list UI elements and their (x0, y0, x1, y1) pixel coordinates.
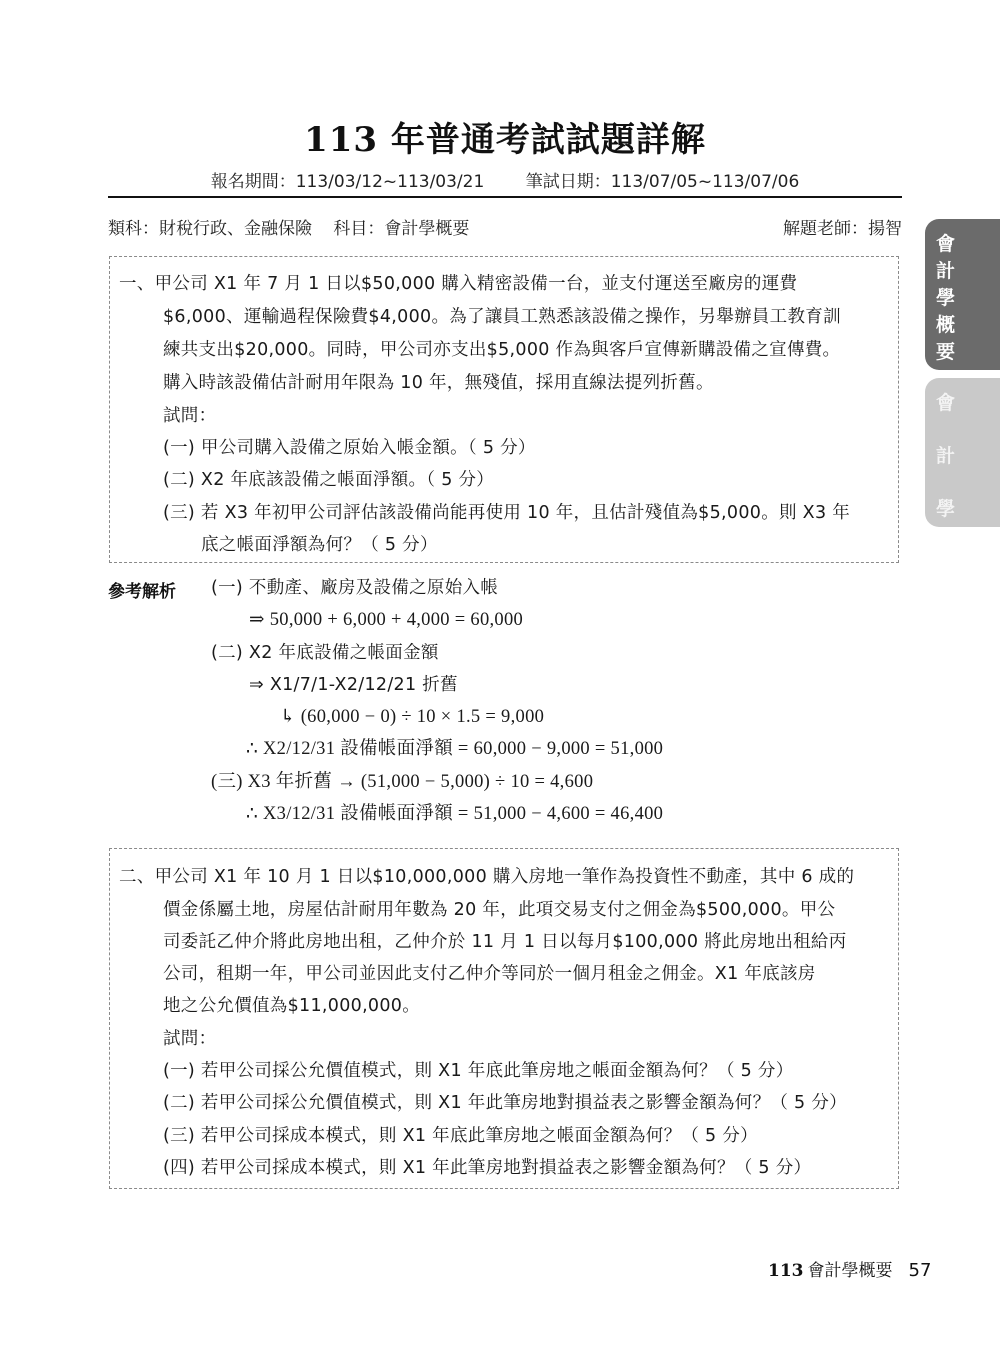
side-tab-char: 學 (936, 285, 955, 312)
question-1-item: (三) 若 X3 年初甲公司評估該設備尚能再使用 10 年，且估計殘值為$5,0… (163, 501, 850, 525)
side-tab-char: 要 (936, 339, 955, 366)
analysis-line: ⇒ X1/7/1-X2/12/21 折舊 (249, 673, 458, 697)
side-tab-char: 會 (936, 390, 955, 417)
page-title: 113 年普通考試試題詳解 (108, 112, 902, 161)
analysis-formula: ∴ X3/12/31 設備帳面淨額 = 51,000 − 4,600 = 46,… (246, 802, 663, 826)
side-tab-accounting[interactable]: 會 計 學 (925, 378, 1000, 527)
question-1-item: (二) X2 年底該設備之帳面淨額。（ 5 分） (163, 468, 494, 492)
written-exam-dates: 筆試日期：113/07/05~113/07/06 (526, 172, 800, 192)
question-1-item-continued: 底之帳面淨額為何？（ 5 分） (201, 533, 438, 557)
analysis-formula: (三) X3 年折舊 → (51,000 − 5,000) ÷ 10 = 4,6… (211, 770, 593, 794)
question-2-item: (二) 若甲公司採公允價值模式，則 X1 年此筆房地對損益表之影響金額為何？（ … (163, 1091, 847, 1115)
question-2-item: (一) 若甲公司採公允價值模式，則 X1 年底此筆房地之帳面金額為何？（ 5 分… (163, 1059, 794, 1083)
question-2-item: (四) 若甲公司採成本模式，則 X1 年此筆房地對損益表之影響金額為何？（ 5 … (163, 1156, 811, 1180)
question-2-text-line: 價金係屬土地，房屋估計耐用年數為 20 年，此項交易支付之佣金為$500,000… (163, 898, 835, 922)
analysis-formula: ⇒ 50,000 + 6,000 + 4,000 = 60,000 (249, 608, 523, 632)
question-2-text-line: 二、甲公司 X1 年 10 月 1 日以$10,000,000 購入房地一筆作為… (119, 865, 854, 889)
question-2-item: (三) 若甲公司採成本模式，則 X1 年底此筆房地之帳面金額為何？（ 5 分） (163, 1124, 758, 1148)
side-tab-char: 計 (936, 443, 955, 470)
footer-book-title: 會計學概要 (808, 1256, 893, 1281)
registration-period: 報名期間：113/03/12~113/03/21 (211, 172, 485, 192)
meta-left: 類科：財稅行政、金融保險 科目：會計學概要 (108, 214, 469, 239)
page-number: 57 (909, 1260, 932, 1281)
question-2-text-line: 地之公允價值為$11,000,000。 (163, 994, 420, 1018)
exam-category: 類科：財稅行政、金融保險 (108, 219, 312, 239)
question-1-text-line: 購入時該設備估計耐用年限為 10 年，無殘值，採用直線法提列折舊。 (163, 371, 714, 395)
side-tab-char: 會 (936, 231, 955, 258)
side-tab-char: 學 (936, 496, 955, 523)
exam-dates-row: 報名期間：113/03/12~113/03/21 筆試日期：113/07/05~… (108, 167, 902, 192)
side-tab-char: 概 (936, 312, 955, 339)
footer-book-number: 113 (768, 1261, 804, 1281)
question-1-text-line: $6,000、運輸過程保險費$4,000。為了讓員工熟悉該設備之操作，另舉辦員工… (163, 305, 841, 329)
exam-meta-row: 類科：財稅行政、金融保險 科目：會計學概要 解題老師：揚智 (108, 214, 902, 239)
side-tab-char: 計 (936, 258, 955, 285)
analysis-line: (一) 不動產、廠房及設備之原始入帳 (211, 576, 498, 600)
question-1-text-line: 練共支出$20,000。同時，甲公司亦支出$5,000 作為與客戶宣傳新購設備之… (163, 338, 840, 362)
header-divider (108, 196, 902, 198)
question-2-text-line: 司委託乙仲介將此房地出租，乙仲介於 11 月 1 日以每月$100,000 將此… (163, 930, 847, 954)
question-1-item: (一) 甲公司購入設備之原始入帳金額。（ 5 分） (163, 436, 536, 460)
analysis-line: (二) X2 年底設備之帳面金額 (211, 641, 439, 665)
analysis-label: 參考解析 (108, 577, 176, 602)
page-footer: 113 會計學概要 57 (768, 1256, 931, 1281)
side-tab-accounting-overview[interactable]: 會 計 學 概 要 (925, 219, 1000, 370)
exam-subject: 科目：會計學概要 (333, 219, 469, 239)
question-2-ask-label: 試問： (163, 1027, 216, 1051)
analysis-formula: ↳ (60,000 − 0) ÷ 10 × 1.5 = 9,000 (280, 705, 544, 729)
question-1-ask-label: 試問： (163, 404, 216, 428)
question-2-text-line: 公司，租期一年，甲公司並因此支付乙仲介等同於一個月租金之佣金。X1 年底該房 (163, 962, 816, 986)
analysis-formula: ∴ X2/12/31 設備帳面淨額 = 60,000 − 9,000 = 51,… (246, 737, 663, 761)
question-1-text-line: 一、甲公司 X1 年 7 月 1 日以$50,000 購入精密設備一台，並支付運… (119, 272, 797, 296)
solution-teacher: 解題老師：揚智 (783, 214, 902, 239)
